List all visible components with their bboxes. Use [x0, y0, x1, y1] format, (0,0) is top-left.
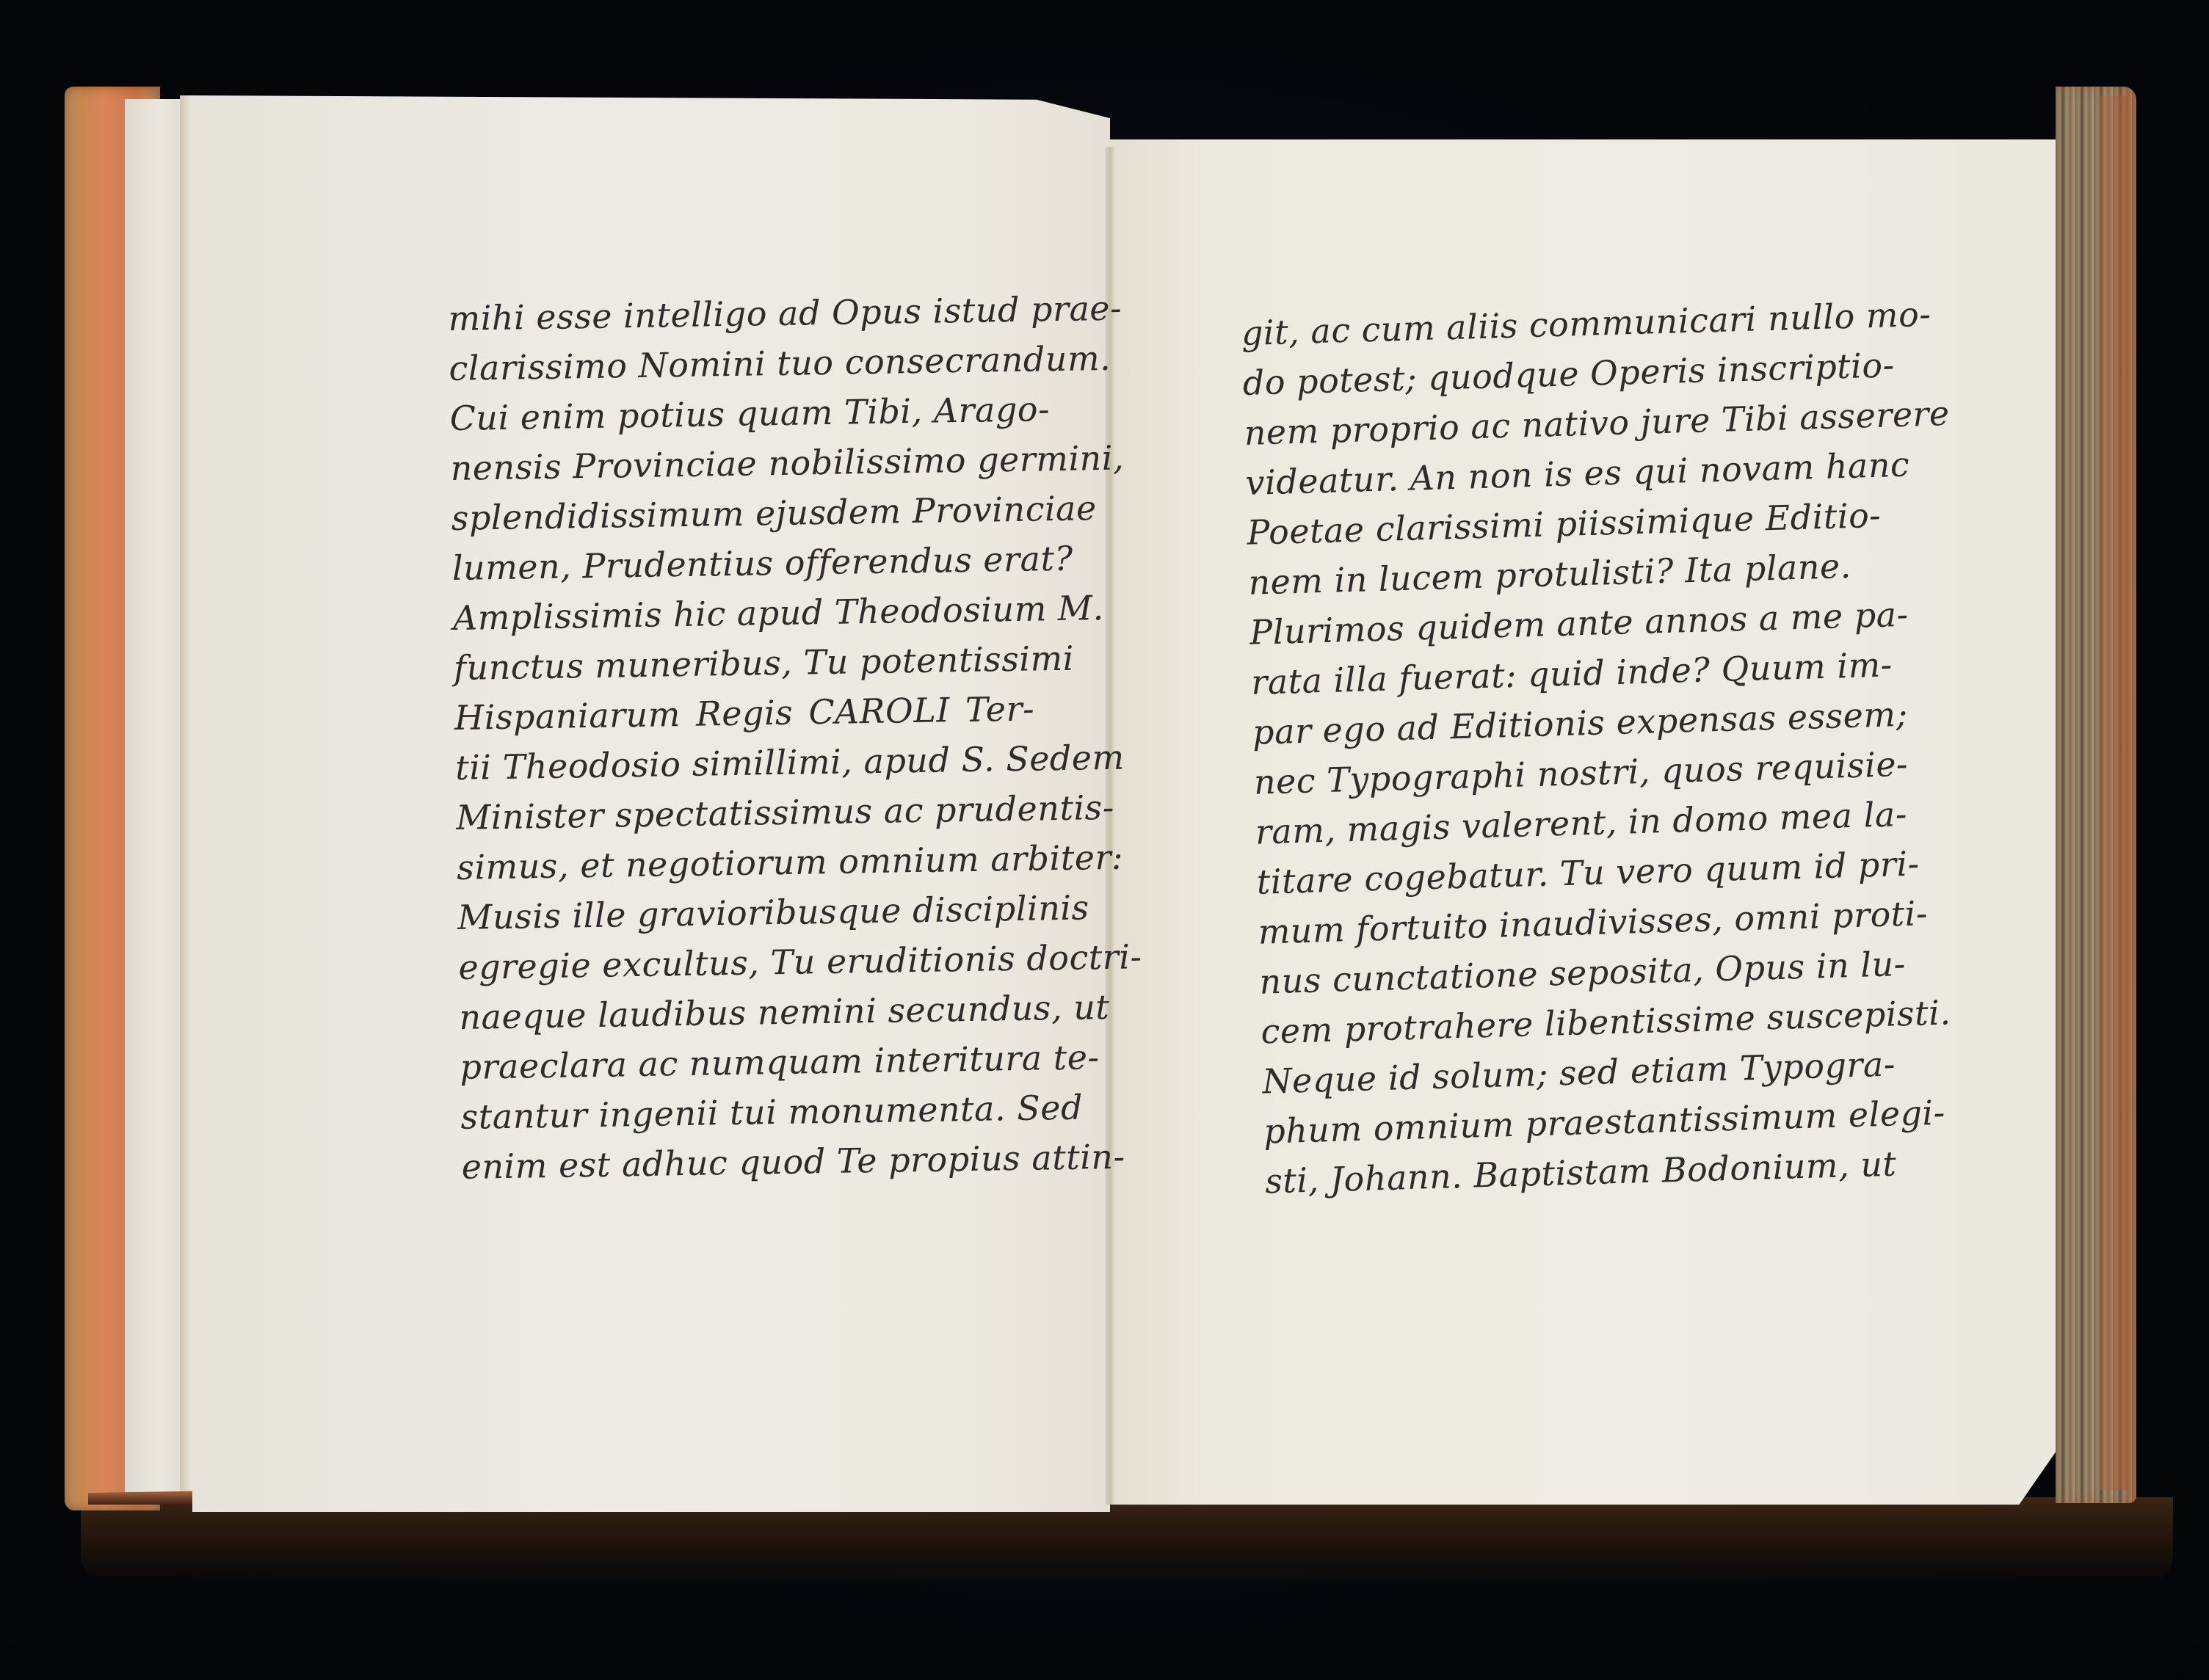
text-line: splendidissimum ejusdem Provinciae	[451, 484, 1031, 543]
text-line: nensis Provinciae nobilissimo germini,	[450, 434, 1031, 493]
text-line: lumen, Prudentius offerendus erat?	[451, 534, 1032, 593]
text-line: stantur ingenii tui monumenta. Sed	[460, 1083, 1041, 1141]
text-line: Cui enim potius quam Tibi, Arago-	[449, 385, 1030, 443]
text-line: Amplissimis hic apud Theodosium M.	[452, 584, 1033, 643]
text-line: naeque laudibus nemini secundus, ut	[459, 983, 1040, 1041]
text-line: simus, et negotiorum omnium arbiter:	[457, 833, 1037, 892]
text-line: clarissimo Nomini tuo consecrandum.	[449, 335, 1029, 393]
text-line: Musis ille gravioribusque disciplinis	[457, 883, 1038, 942]
left-page-text: mihi esse intelligo ad Opus istud prae- …	[448, 285, 1042, 1192]
text-line: egregie excultus, Tu eruditionis doctri-	[458, 933, 1039, 992]
text-line: enim est adhuc quod Te propius attin-	[461, 1132, 1042, 1191]
right-page-text: git, ac cum aliis communicari nullo mo- …	[1241, 293, 1809, 1206]
text-line: Minister spectatissimus ac prudentis-	[456, 784, 1037, 843]
text-line: functus muneribus, Tu potentissimi	[453, 634, 1034, 693]
text-line: Hispaniarum Regis CAROLI Ter-	[454, 684, 1035, 743]
text-line: praeclara ac numquam interitura te-	[460, 1033, 1040, 1091]
photo-scene: mihi esse intelligo ad Opus istud prae- …	[0, 0, 2209, 1680]
text-line: tii Theodosio simillimi, apud S. Sedem	[455, 734, 1036, 793]
text-line: mihi esse intelligo ad Opus istud prae-	[448, 285, 1029, 343]
left-flyleaf	[125, 99, 185, 1494]
fore-edge-tint	[2100, 95, 2129, 1490]
